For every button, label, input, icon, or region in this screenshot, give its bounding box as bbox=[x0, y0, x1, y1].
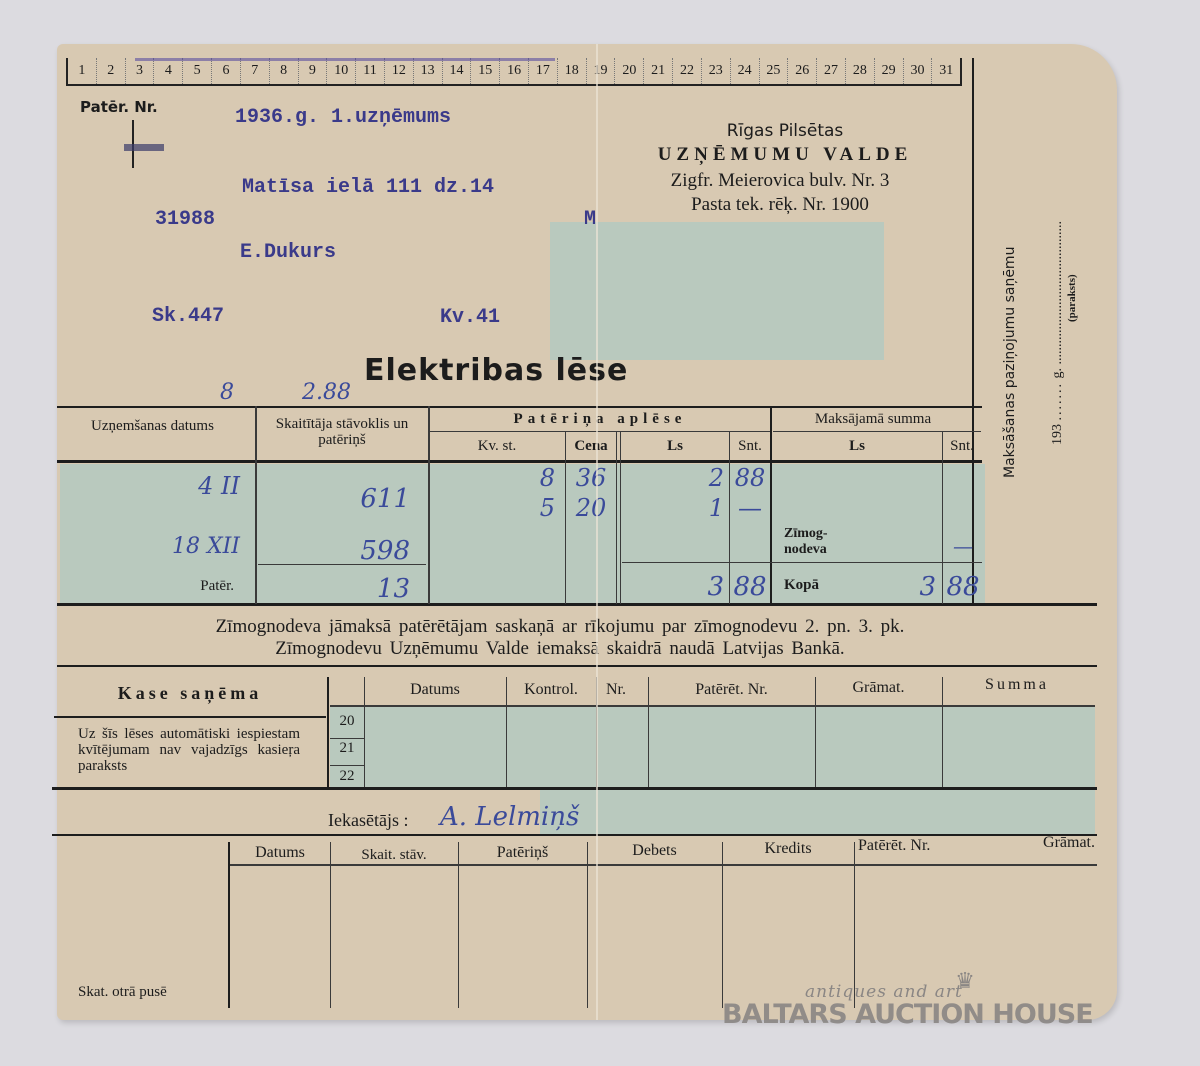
collector-rule bbox=[52, 834, 1097, 836]
row2-ls: 1 bbox=[640, 494, 724, 522]
ruler-day: 18 bbox=[558, 58, 587, 84]
ruler-day: 29 bbox=[875, 58, 904, 84]
ruler-day: 24 bbox=[731, 58, 760, 84]
rownum-20: 20 bbox=[330, 713, 364, 730]
ruler-day: 31 bbox=[932, 58, 960, 84]
pater-nr-ink bbox=[124, 144, 164, 151]
rownum-21: 21 bbox=[330, 740, 364, 757]
ruler-day: 30 bbox=[904, 58, 933, 84]
ruler-day: 12 bbox=[385, 58, 414, 84]
cashier-col-summa: Summa bbox=[942, 677, 1092, 693]
total-rule bbox=[622, 562, 982, 563]
cashier-col-pateret: Patērēt. Nr. bbox=[648, 682, 815, 698]
row2-cena: 20 bbox=[568, 494, 614, 522]
stub-divider bbox=[972, 58, 974, 603]
col-rule bbox=[616, 432, 617, 604]
ruler-day: 4 bbox=[154, 58, 183, 84]
ruler-day: 28 bbox=[846, 58, 875, 84]
col-rule bbox=[458, 842, 459, 1008]
ruler-day: 17 bbox=[529, 58, 558, 84]
cashier-title-rule bbox=[54, 716, 326, 718]
ledger-divider bbox=[228, 842, 230, 1008]
ruler-day: 9 bbox=[299, 58, 328, 84]
cashier-hdr-rule bbox=[330, 705, 1095, 707]
kopa-ls: 3 bbox=[880, 572, 936, 602]
row1-meter: 611 bbox=[300, 484, 410, 514]
paper-fold bbox=[596, 44, 598, 1020]
hdr-pay-group: Maksājamā summa bbox=[773, 411, 973, 427]
collector-label: Iekasētājs : bbox=[328, 810, 408, 831]
ledger-col-debets: Debets bbox=[587, 843, 722, 859]
typed-address: Matīsa ielā 111 dz.14 bbox=[242, 176, 494, 199]
stamp-fee-label: Zīmog-nodeva bbox=[784, 526, 844, 558]
row2-kvst: 5 bbox=[500, 494, 555, 522]
col-rule bbox=[770, 406, 772, 604]
ledger-col-skait: Skait. stāv. bbox=[330, 847, 458, 863]
cashier-title: Kase saņēma bbox=[60, 683, 320, 704]
ruler-day: 16 bbox=[500, 58, 529, 84]
bill-header-rule bbox=[57, 460, 982, 463]
hdr-cena: Cena bbox=[566, 438, 616, 454]
note-left: 8 bbox=[220, 380, 234, 405]
ruler-day: 27 bbox=[817, 58, 846, 84]
hdr-ls: Ls bbox=[621, 438, 729, 454]
ledger-col-pateriņš: Patēriņš bbox=[458, 845, 587, 861]
ruler-day: 5 bbox=[183, 58, 212, 84]
ruler-day: 26 bbox=[788, 58, 817, 84]
hdr-calc-group: Patēriņa aplēse bbox=[430, 411, 770, 427]
side-receipt-label: Maksāšanas paziņojumu saņēmu bbox=[1002, 247, 1018, 478]
typed-account: 31988 bbox=[155, 208, 215, 231]
cashier-col-kontrol: Kontrol. bbox=[506, 682, 596, 698]
watermark-large: BALTARS AUCTION HOUSE bbox=[722, 999, 1093, 1030]
ruler-day: 15 bbox=[471, 58, 500, 84]
col-rule bbox=[587, 842, 588, 1008]
hdr-pay-snt: Snt. bbox=[943, 438, 981, 454]
ledger-col-kredits: Kredits bbox=[722, 841, 854, 857]
pater-value: 13 bbox=[320, 574, 410, 604]
col-rule bbox=[330, 842, 331, 1008]
subhdr-rule bbox=[430, 431, 770, 432]
ledger-footer-note: Skat. otrā pusē bbox=[78, 984, 167, 1001]
col-rule bbox=[942, 432, 943, 604]
cashier-col-datums: Datums bbox=[364, 682, 506, 698]
hdr-kvst: Kv. st. bbox=[430, 438, 564, 454]
side-year-suffix: g. bbox=[1050, 368, 1065, 379]
cashier-col-nr: Nr. bbox=[596, 682, 636, 698]
row1-date: 4 II bbox=[150, 472, 240, 500]
collector-green-band bbox=[540, 790, 1095, 836]
col-rule bbox=[565, 432, 566, 604]
ruler-day: 8 bbox=[270, 58, 299, 84]
crown-icon: ♛ bbox=[952, 970, 978, 992]
ruler-day: 22 bbox=[673, 58, 702, 84]
issuer-line2: UZŅĒMUMU VALDE bbox=[620, 144, 950, 166]
kopa-label: Kopā bbox=[784, 577, 819, 594]
side-year-prefix: 193 bbox=[1050, 424, 1065, 445]
ruler-day: 7 bbox=[241, 58, 270, 84]
row1-ls: 2 bbox=[640, 464, 724, 492]
notice-line2: Zīmognodevu Uzņēmumu Valde iemaksā skaid… bbox=[60, 638, 1060, 660]
rownum-rule bbox=[330, 765, 364, 766]
ruler-day: 21 bbox=[644, 58, 673, 84]
ruler-day: 1 bbox=[68, 58, 97, 84]
hdr-date: Uzņemšanas datums bbox=[90, 418, 215, 434]
ledger-col-gramat: Grāmat. bbox=[1000, 835, 1095, 851]
window-box bbox=[550, 222, 884, 360]
pater-nr-label: Patēr. Nr. bbox=[80, 98, 158, 116]
col-rule bbox=[255, 406, 257, 604]
hdr-pay-ls: Ls bbox=[773, 438, 941, 454]
typed-year-line: 1936.g. 1.uzņēmums bbox=[235, 106, 451, 129]
row1-cena: 36 bbox=[568, 464, 614, 492]
row1-snt: 88 bbox=[731, 464, 769, 492]
typed-sk: Sk.447 bbox=[152, 305, 224, 328]
col-rule bbox=[942, 677, 943, 787]
kopa-snt: 88 bbox=[944, 572, 982, 602]
issuer-line4: Pasta tek. rēķ. Nr. 1900 bbox=[620, 194, 940, 216]
ruler-day: 25 bbox=[760, 58, 789, 84]
typed-kv: Kv.41 bbox=[440, 306, 500, 329]
ruler-ink-stroke bbox=[135, 58, 555, 61]
ruler-day: 14 bbox=[443, 58, 472, 84]
row3-meter: 598 bbox=[300, 536, 410, 566]
cashier-bottom-rule bbox=[52, 787, 1097, 790]
hdr-snt: Snt. bbox=[730, 438, 770, 454]
side-year: 193 ....... g. .........................… bbox=[1050, 221, 1066, 445]
issuer-line3: Zigfr. Meierovica bulv. Nr. 3 bbox=[620, 170, 940, 192]
col-rule bbox=[620, 432, 621, 604]
subhdr-rule bbox=[773, 431, 981, 432]
ruler-day: 2 bbox=[97, 58, 126, 84]
cashier-top-rule bbox=[57, 665, 1097, 667]
note-right: 2.88 bbox=[302, 380, 351, 405]
ruler-day: 11 bbox=[356, 58, 385, 84]
ruler-day: 10 bbox=[327, 58, 356, 84]
typed-m: M bbox=[584, 208, 596, 231]
notice-line1: Zīmognodeva jāmaksā patērētājam saskaņā … bbox=[60, 616, 1060, 638]
ledger-col-pateret: Patērēt. Nr. bbox=[858, 838, 968, 854]
row1-kvst: 8 bbox=[500, 464, 555, 492]
document-title: Elektribas lēse bbox=[364, 353, 628, 388]
typed-name: E.Dukurs bbox=[240, 241, 336, 264]
row2-snt: — bbox=[731, 494, 769, 522]
cashier-divider bbox=[327, 677, 329, 787]
collector-signature: A. Lelmiņš bbox=[440, 802, 579, 832]
ruler-day: 19 bbox=[587, 58, 616, 84]
bill-top-rule bbox=[57, 406, 982, 408]
hdr-meter: Skaitītāja stāvoklis un patēriņš bbox=[258, 416, 426, 448]
col-rule bbox=[428, 406, 430, 604]
issuer-line1: Rīgas Pilsētas bbox=[640, 121, 930, 141]
bill-bottom-rule bbox=[57, 603, 1097, 606]
day-ruler: 1234567891011121314151617181920212223242… bbox=[66, 58, 962, 86]
row3-date: 18 XII bbox=[130, 534, 240, 559]
ledger-hdr-rule bbox=[230, 864, 1097, 866]
rownum-22: 22 bbox=[330, 768, 364, 785]
ruler-day: 13 bbox=[414, 58, 443, 84]
col-rule bbox=[722, 842, 723, 1008]
cashier-col-gramat: Grāmat. bbox=[815, 680, 942, 696]
total-snt: 88 bbox=[731, 572, 769, 602]
ruler-day: 3 bbox=[126, 58, 155, 84]
rownum-rule bbox=[330, 738, 364, 739]
ruler-day: 20 bbox=[615, 58, 644, 84]
pater-label: Patēr. bbox=[160, 578, 234, 595]
ruler-day: 23 bbox=[702, 58, 731, 84]
col-rule bbox=[729, 432, 730, 604]
cashier-green-band bbox=[330, 705, 1095, 787]
stamp-fee-snt: — bbox=[945, 534, 981, 558]
total-ls: 3 bbox=[640, 572, 724, 602]
side-signature-caption: (paraksts) bbox=[1066, 274, 1078, 322]
cashier-note: Uz šīs lēses automātiski iespiestam kvīt… bbox=[78, 726, 300, 774]
ruler-day: 6 bbox=[212, 58, 241, 84]
ledger-col-datums: Datums bbox=[230, 845, 330, 861]
